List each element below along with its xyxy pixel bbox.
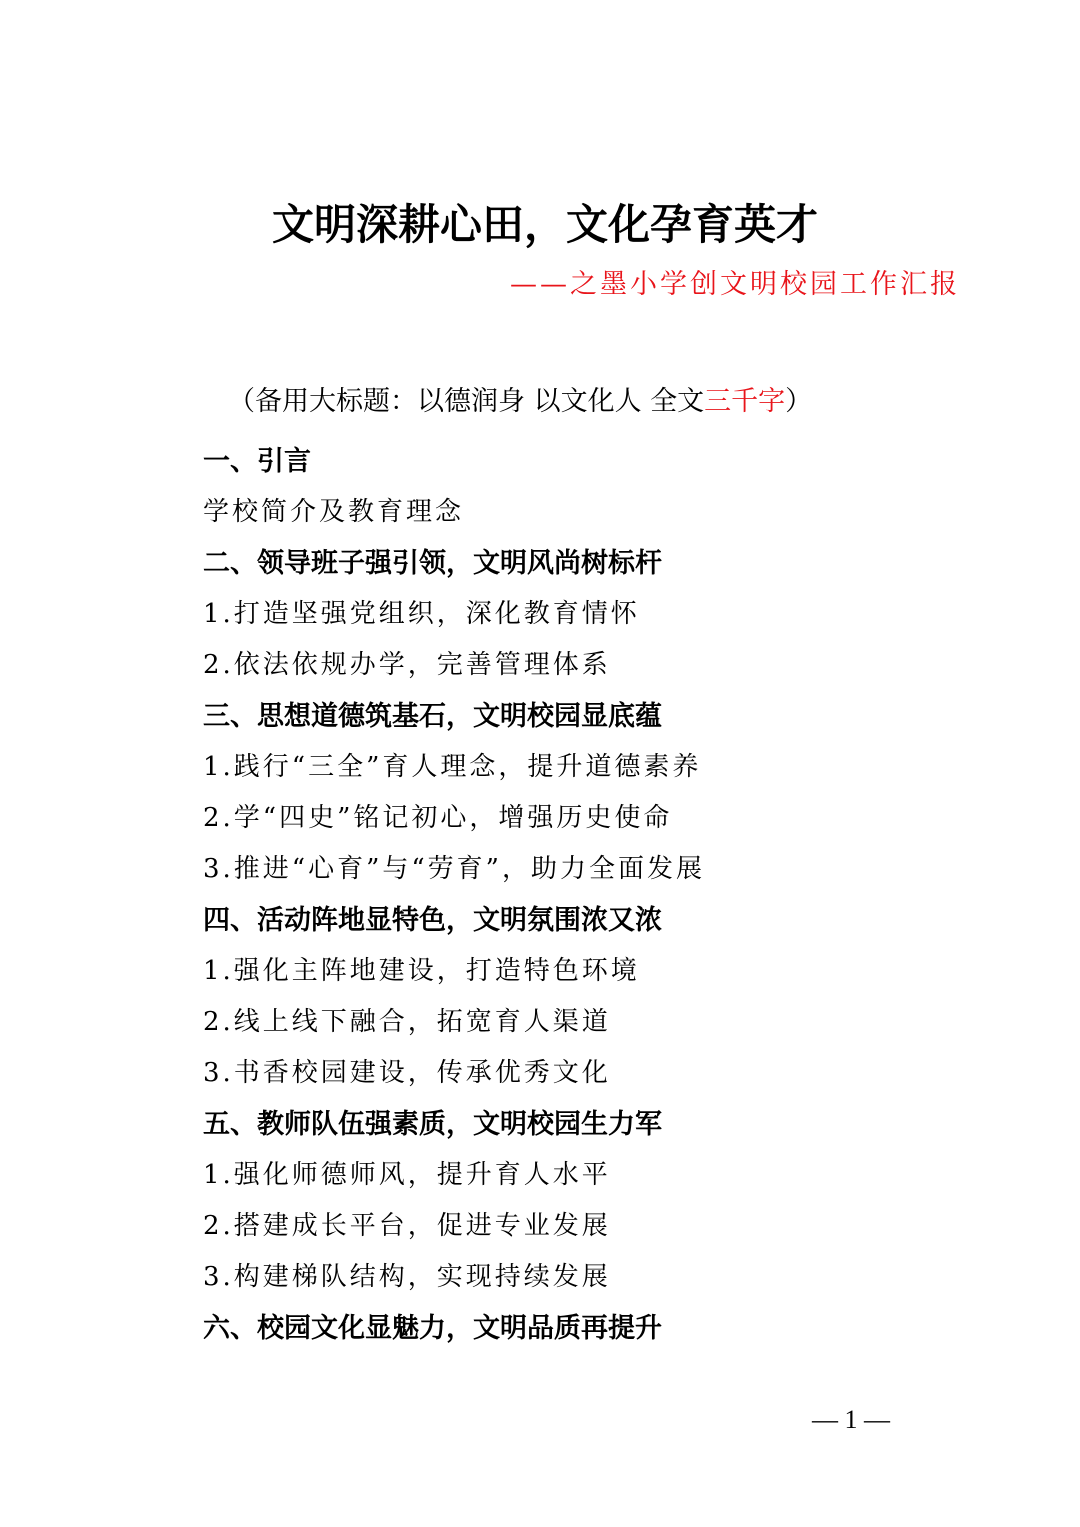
outline-item: 1.打造坚强党组织，深化教育情怀 xyxy=(203,589,1003,640)
document-page: 文明深耕心田，文化孕育英才 ——之墨小学创文明校园工作汇报 （备用大标题：以德润… xyxy=(0,0,1080,1527)
outline-list: 一、引言 学校简介及教育理念 二、领导班子强引领，文明风尚树标杆 1.打造坚强党… xyxy=(203,436,1003,1354)
alternate-title: （备用大标题：以德润身 以文化人 全文三千字） xyxy=(228,380,812,424)
outline-item: 3.构建梯队结构，实现持续发展 xyxy=(203,1252,1003,1303)
outline-item: 1.践行“三全”育人理念，提升道德素养 xyxy=(203,742,1003,793)
outline-item: 2.依法依规办学，完善管理体系 xyxy=(203,640,1003,691)
document-subtitle: ——之墨小学创文明校园工作汇报 xyxy=(510,265,960,305)
outline-item: 2.线上线下融合，拓宽育人渠道 xyxy=(203,997,1003,1048)
section-heading: 一、引言 xyxy=(203,436,1003,487)
outline-item: 1.强化主阵地建设，打造特色环境 xyxy=(203,946,1003,997)
outline-item: 3.书香校园建设，传承优秀文化 xyxy=(203,1048,1003,1099)
section-heading: 四、活动阵地显特色，文明氛围浓又浓 xyxy=(203,895,1003,946)
page-number: — 1 — xyxy=(812,1400,890,1440)
outline-item: 学校简介及教育理念 xyxy=(203,487,1003,538)
section-heading: 五、教师队伍强素质，文明校园生力军 xyxy=(203,1099,1003,1150)
document-title: 文明深耕心田，文化孕育英才 xyxy=(0,195,1080,255)
word-count-highlight: 三千字 xyxy=(704,386,785,417)
outline-item: 2.搭建成长平台，促进专业发展 xyxy=(203,1201,1003,1252)
outline-item: 1.强化师德师风，提升育人水平 xyxy=(203,1150,1003,1201)
section-heading: 六、校园文化显魅力，文明品质再提升 xyxy=(203,1303,1003,1354)
section-heading: 三、思想道德筑基石，文明校园显底蕴 xyxy=(203,691,1003,742)
outline-item: 3.推进“心育”与“劳育”，助力全面发展 xyxy=(203,844,1003,895)
outline-item: 2.学“四史”铭记初心，增强历史使命 xyxy=(203,793,1003,844)
alternate-title-prefix: （备用大标题：以德润身 以文化人 全文 xyxy=(228,386,704,417)
alternate-title-suffix: ） xyxy=(785,386,812,417)
section-heading: 二、领导班子强引领，文明风尚树标杆 xyxy=(203,538,1003,589)
